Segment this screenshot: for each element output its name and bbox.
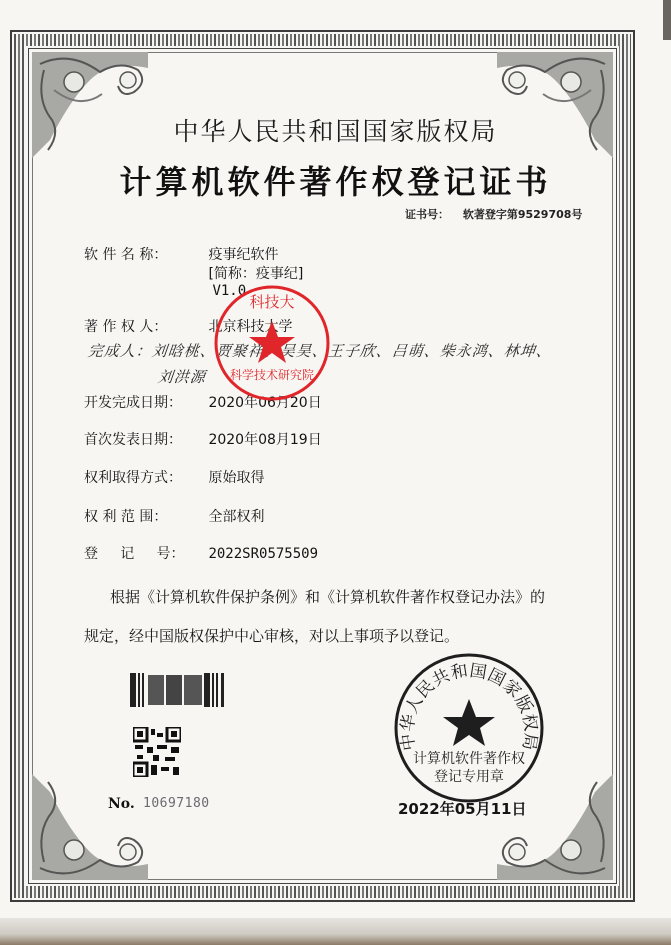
statement-line2: 规定，经中国版权保护中心审核，对以上事项予以登记。 — [84, 625, 459, 646]
official-seal-line1: 计算机软件著作权 — [413, 750, 525, 767]
rights-acquisition-value: 原始取得 — [208, 467, 264, 487]
certificate-number: 证书号： 软著登字第9529708号 — [405, 206, 582, 222]
official-registration-seal: 中华人民共和国国家版权局 计算机软件著作权 登记专用章 — [392, 651, 546, 805]
university-seal-bottom: 科学技术研究院 — [230, 367, 314, 382]
barcode-icon — [130, 673, 226, 707]
serial-number: 10697180 — [143, 796, 210, 811]
field-label: 开发完成日期： — [84, 392, 204, 412]
field-software-short-name: [简称：疫事纪] — [84, 263, 303, 283]
handwritten-contributors-line2: 刘洪源 — [157, 366, 207, 387]
ornament-corner-icon — [30, 772, 150, 882]
official-seal-line2: 登记专用章 — [434, 768, 504, 785]
university-seal: 科技大 科学技术研究院 — [212, 283, 332, 403]
page-edge-shadow — [663, 0, 671, 40]
certificate-number-value: 软著登字第9529708号 — [463, 208, 583, 221]
serial-label: No. — [108, 796, 135, 812]
field-rights-acquisition: 权利取得方式： 原始取得 — [84, 467, 264, 487]
field-label: 软 件 名 称： — [84, 244, 204, 264]
field-label: 著 作 权 人： — [84, 316, 204, 336]
qr-code-icon — [133, 727, 181, 777]
field-first-publication-date: 首次发表日期： 2020年08月19日 — [84, 429, 322, 449]
first-publication-date-value: 2020年08月19日 — [208, 429, 321, 449]
field-registration-number: 登 记 号： 2022SR0575509 — [84, 543, 318, 563]
software-name-value: 疫事纪软件 — [208, 244, 278, 264]
field-label: 权 利 范 围： — [84, 506, 204, 526]
field-label: 登 记 号： — [84, 543, 204, 563]
rights-scope-value: 全部权利 — [208, 506, 264, 526]
issuer-title: 中华人民共和国国家版权局 — [0, 112, 671, 148]
statement-line1: 根据《计算机软件保护条例》和《计算机软件著作权登记办法》的 — [110, 586, 545, 607]
field-rights-scope: 权 利 范 围： 全部权利 — [84, 506, 264, 526]
field-label: 权利取得方式： — [84, 467, 204, 487]
registration-number-value: 2022SR0575509 — [208, 546, 318, 562]
field-label: 首次发表日期： — [84, 429, 204, 449]
university-seal-arc: 科技大 — [249, 293, 294, 311]
issue-date: 2022年05月11日 — [398, 798, 527, 819]
software-short-name: [简称：疫事纪] — [208, 263, 303, 283]
certificate-number-label: 证书号： — [405, 208, 449, 221]
page-bottom-shadow — [0, 918, 671, 945]
field-software-name: 软 件 名 称： 疫事纪软件 — [84, 244, 278, 264]
certificate-title: 计算机软件著作权登记证书 — [0, 157, 671, 203]
